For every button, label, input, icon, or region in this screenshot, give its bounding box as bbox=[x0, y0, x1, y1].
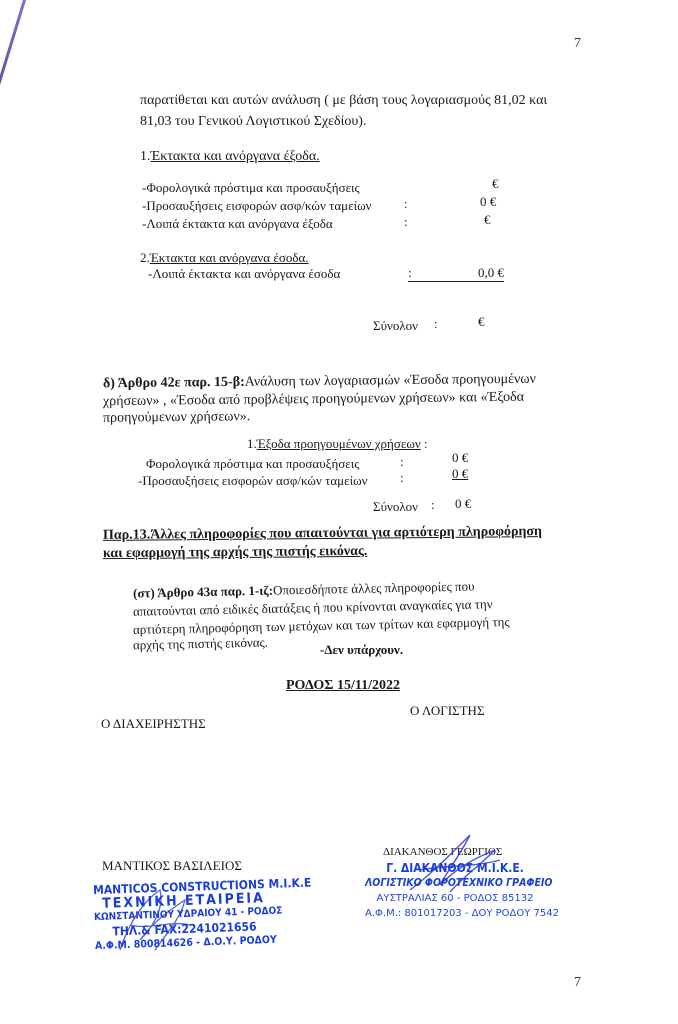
s1-row-2-colon: : bbox=[404, 214, 408, 230]
s1-row-1-label: -Προσαυξήσεις εισφορών ασφ/κών ταμείων bbox=[142, 198, 372, 214]
manager-name: ΜΑΝΤΙΚΟΣ ΒΑΣΙΛΕΙΟΣ bbox=[102, 858, 242, 874]
article43-title: (στ) Άρθρο 43α παρ. 1-ιζ: bbox=[133, 583, 273, 601]
s1-row-2-value: € bbox=[484, 212, 491, 228]
s3-row-1-value: 0 € bbox=[452, 466, 468, 482]
s3-row-1-colon: : bbox=[400, 470, 404, 486]
article43-none: -Δεν υπάρχουν. bbox=[320, 642, 403, 658]
section1-heading: 1.Έκτακτα και ανόργανα έξοδα. bbox=[140, 148, 320, 166]
manager-signature-icon bbox=[110, 880, 200, 960]
article43-text-1: Οποιεσδήποτε άλλες πληροφορίες που bbox=[273, 578, 475, 597]
total2-colon: : bbox=[431, 497, 435, 513]
s3-row-0-value: 0 € bbox=[452, 450, 468, 466]
accountant-signature-icon bbox=[400, 830, 510, 900]
s2-row-value-line: : 0,0 € bbox=[408, 265, 504, 282]
page-number-top: 7 bbox=[574, 36, 581, 52]
s3-row-0-label: Φορολογικά πρόστιμα και προσαυξήσεις bbox=[146, 456, 359, 472]
section2-heading: 2.Έκτακτα και ανόργανα έσοδα. bbox=[140, 250, 309, 266]
article42-text-1: Ανάλυση των λογαριασμών «Έσοδα προηγουμέ… bbox=[245, 372, 536, 390]
total1-colon: : bbox=[434, 316, 438, 332]
section3-heading-suffix: : bbox=[421, 436, 428, 451]
article42-title: δ) Άρθρο 42ε παρ. 15-β: bbox=[103, 375, 245, 391]
total2-label: Σύνολον bbox=[373, 499, 418, 515]
s1-row-1-value: 0 € bbox=[480, 194, 496, 210]
total1-label: Σύνολον bbox=[373, 318, 418, 334]
pen-mark bbox=[0, 0, 29, 182]
section3-heading-text: Έξοδα προηγουμένων χρήσεων bbox=[257, 436, 421, 451]
total2-value: 0 € bbox=[455, 496, 471, 512]
section3-heading: 1.Έξοδα προηγουμένων χρήσεων : bbox=[247, 436, 428, 452]
accountant-stamp-line-4: Α.Φ.Μ.: 801017203 - ΔΟΥ ΡΟΔΟΥ 7542 bbox=[365, 906, 545, 921]
par13-heading-line-2: και εφαρμογή της αρχής της πιστής εικόνα… bbox=[103, 543, 367, 563]
date-line: ΡΟΔΟΣ 15/11/2022 bbox=[286, 677, 400, 695]
s1-row-0-label: -Φορολογικά πρόστιμα και προσαυξήσεις bbox=[142, 180, 360, 196]
page-number-bottom: 7 bbox=[574, 975, 581, 991]
s1-row-0-value: € bbox=[492, 176, 499, 192]
s3-row-1-label: -Προσαυξήσεις εισφορών ασφ/κών ταμείων bbox=[138, 473, 368, 489]
s2-row-colon: : bbox=[408, 265, 412, 280]
s1-row-1-colon: : bbox=[404, 196, 408, 212]
manager-title: Ο ΔΙΑΧΕΙΡΗΣΤΗΣ bbox=[101, 716, 206, 732]
total1-value: € bbox=[478, 314, 485, 330]
article43-line-4: αρχής της πιστής εικόνας. bbox=[133, 635, 268, 654]
section2-heading-text: Έκτακτα και ανόργανα έσοδα. bbox=[150, 250, 309, 265]
section1-heading-num: 1. bbox=[140, 149, 151, 164]
par13-heading-line-1: Παρ.13.Άλλες πληροφορίες που απαιτούνται… bbox=[103, 523, 542, 545]
article42-line-3: προηγούμενων χρήσεων». bbox=[103, 408, 250, 428]
s2-row-value: 0,0 € bbox=[478, 265, 504, 281]
article42-line-2: χρήσεων» , «Έσοδα από προβλέψεις προηγού… bbox=[103, 389, 524, 411]
s1-row-2-label: -Λοιπά έκτακτα και ανόργανα έξοδα bbox=[142, 216, 333, 232]
accountant-title: Ο ΛΟΓΙΣΤΗΣ bbox=[410, 703, 485, 719]
s3-row-0-colon: : bbox=[400, 454, 404, 470]
s2-row-label: -Λοιπά έκτακτα και ανόργανα έσοδα bbox=[148, 266, 340, 282]
intro-line-1: παρατίθεται και αυτών ανάλυση ( με βάση … bbox=[140, 92, 547, 110]
section3-heading-num: 1. bbox=[247, 436, 257, 451]
section2-heading-num: 2. bbox=[140, 250, 150, 265]
section1-heading-text: Έκτακτα και ανόργανα έξοδα. bbox=[151, 149, 320, 164]
intro-line-2: 81,03 του Γενικού Λογιστικού Σχεδίου). bbox=[140, 113, 366, 131]
